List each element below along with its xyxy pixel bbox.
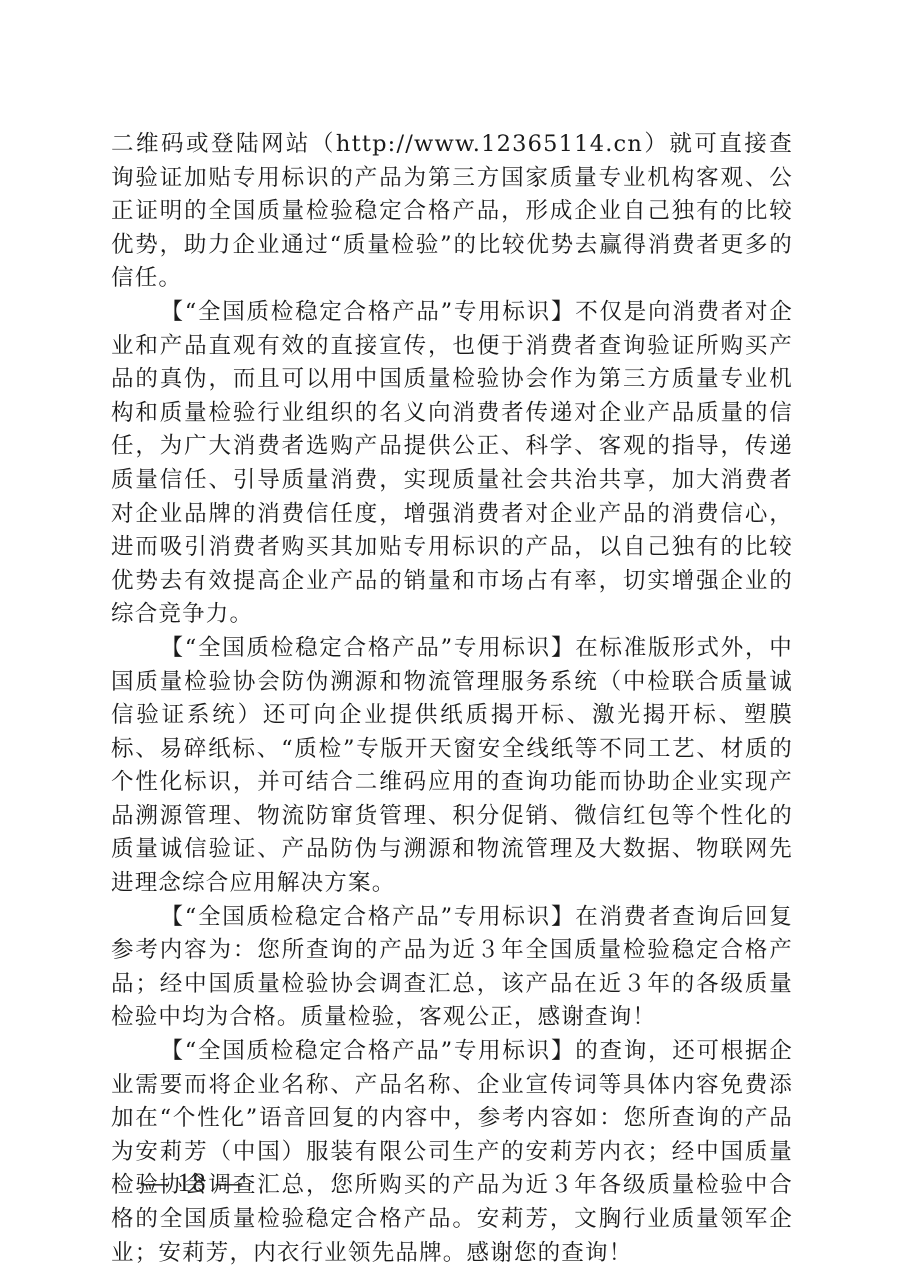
paragraph-personalized-reply: 【“全国质检稳定合格产品”专用标识】的查询，还可根据企业需要而将企业名称、产品名… xyxy=(111,1035,793,1270)
document-page: 二维码或登陆网站（http://www.12365114.cn）就可直接查询验证… xyxy=(0,0,900,1273)
paragraph-query-reply: 【“全国质检稳定合格产品”专用标识】在消费者查询后回复参考内容为：您所查询的产品… xyxy=(111,901,793,1035)
document-body: 二维码或登陆网站（http://www.12365114.cn）就可直接查询验证… xyxy=(111,128,793,1270)
page-number: — 18 — xyxy=(141,1168,244,1198)
paragraph-label-variants: 【“全国质检稳定合格产品”专用标识】在标准版形式外，中国质量检验协会防伪溯源和物… xyxy=(111,632,793,901)
paragraph-qr-website: 二维码或登陆网站（http://www.12365114.cn）就可直接查询验证… xyxy=(111,128,793,296)
paragraph-label-benefits: 【“全国质检稳定合格产品”专用标识】不仅是向消费者对企业和产品直观有效的直接宣传… xyxy=(111,296,793,632)
